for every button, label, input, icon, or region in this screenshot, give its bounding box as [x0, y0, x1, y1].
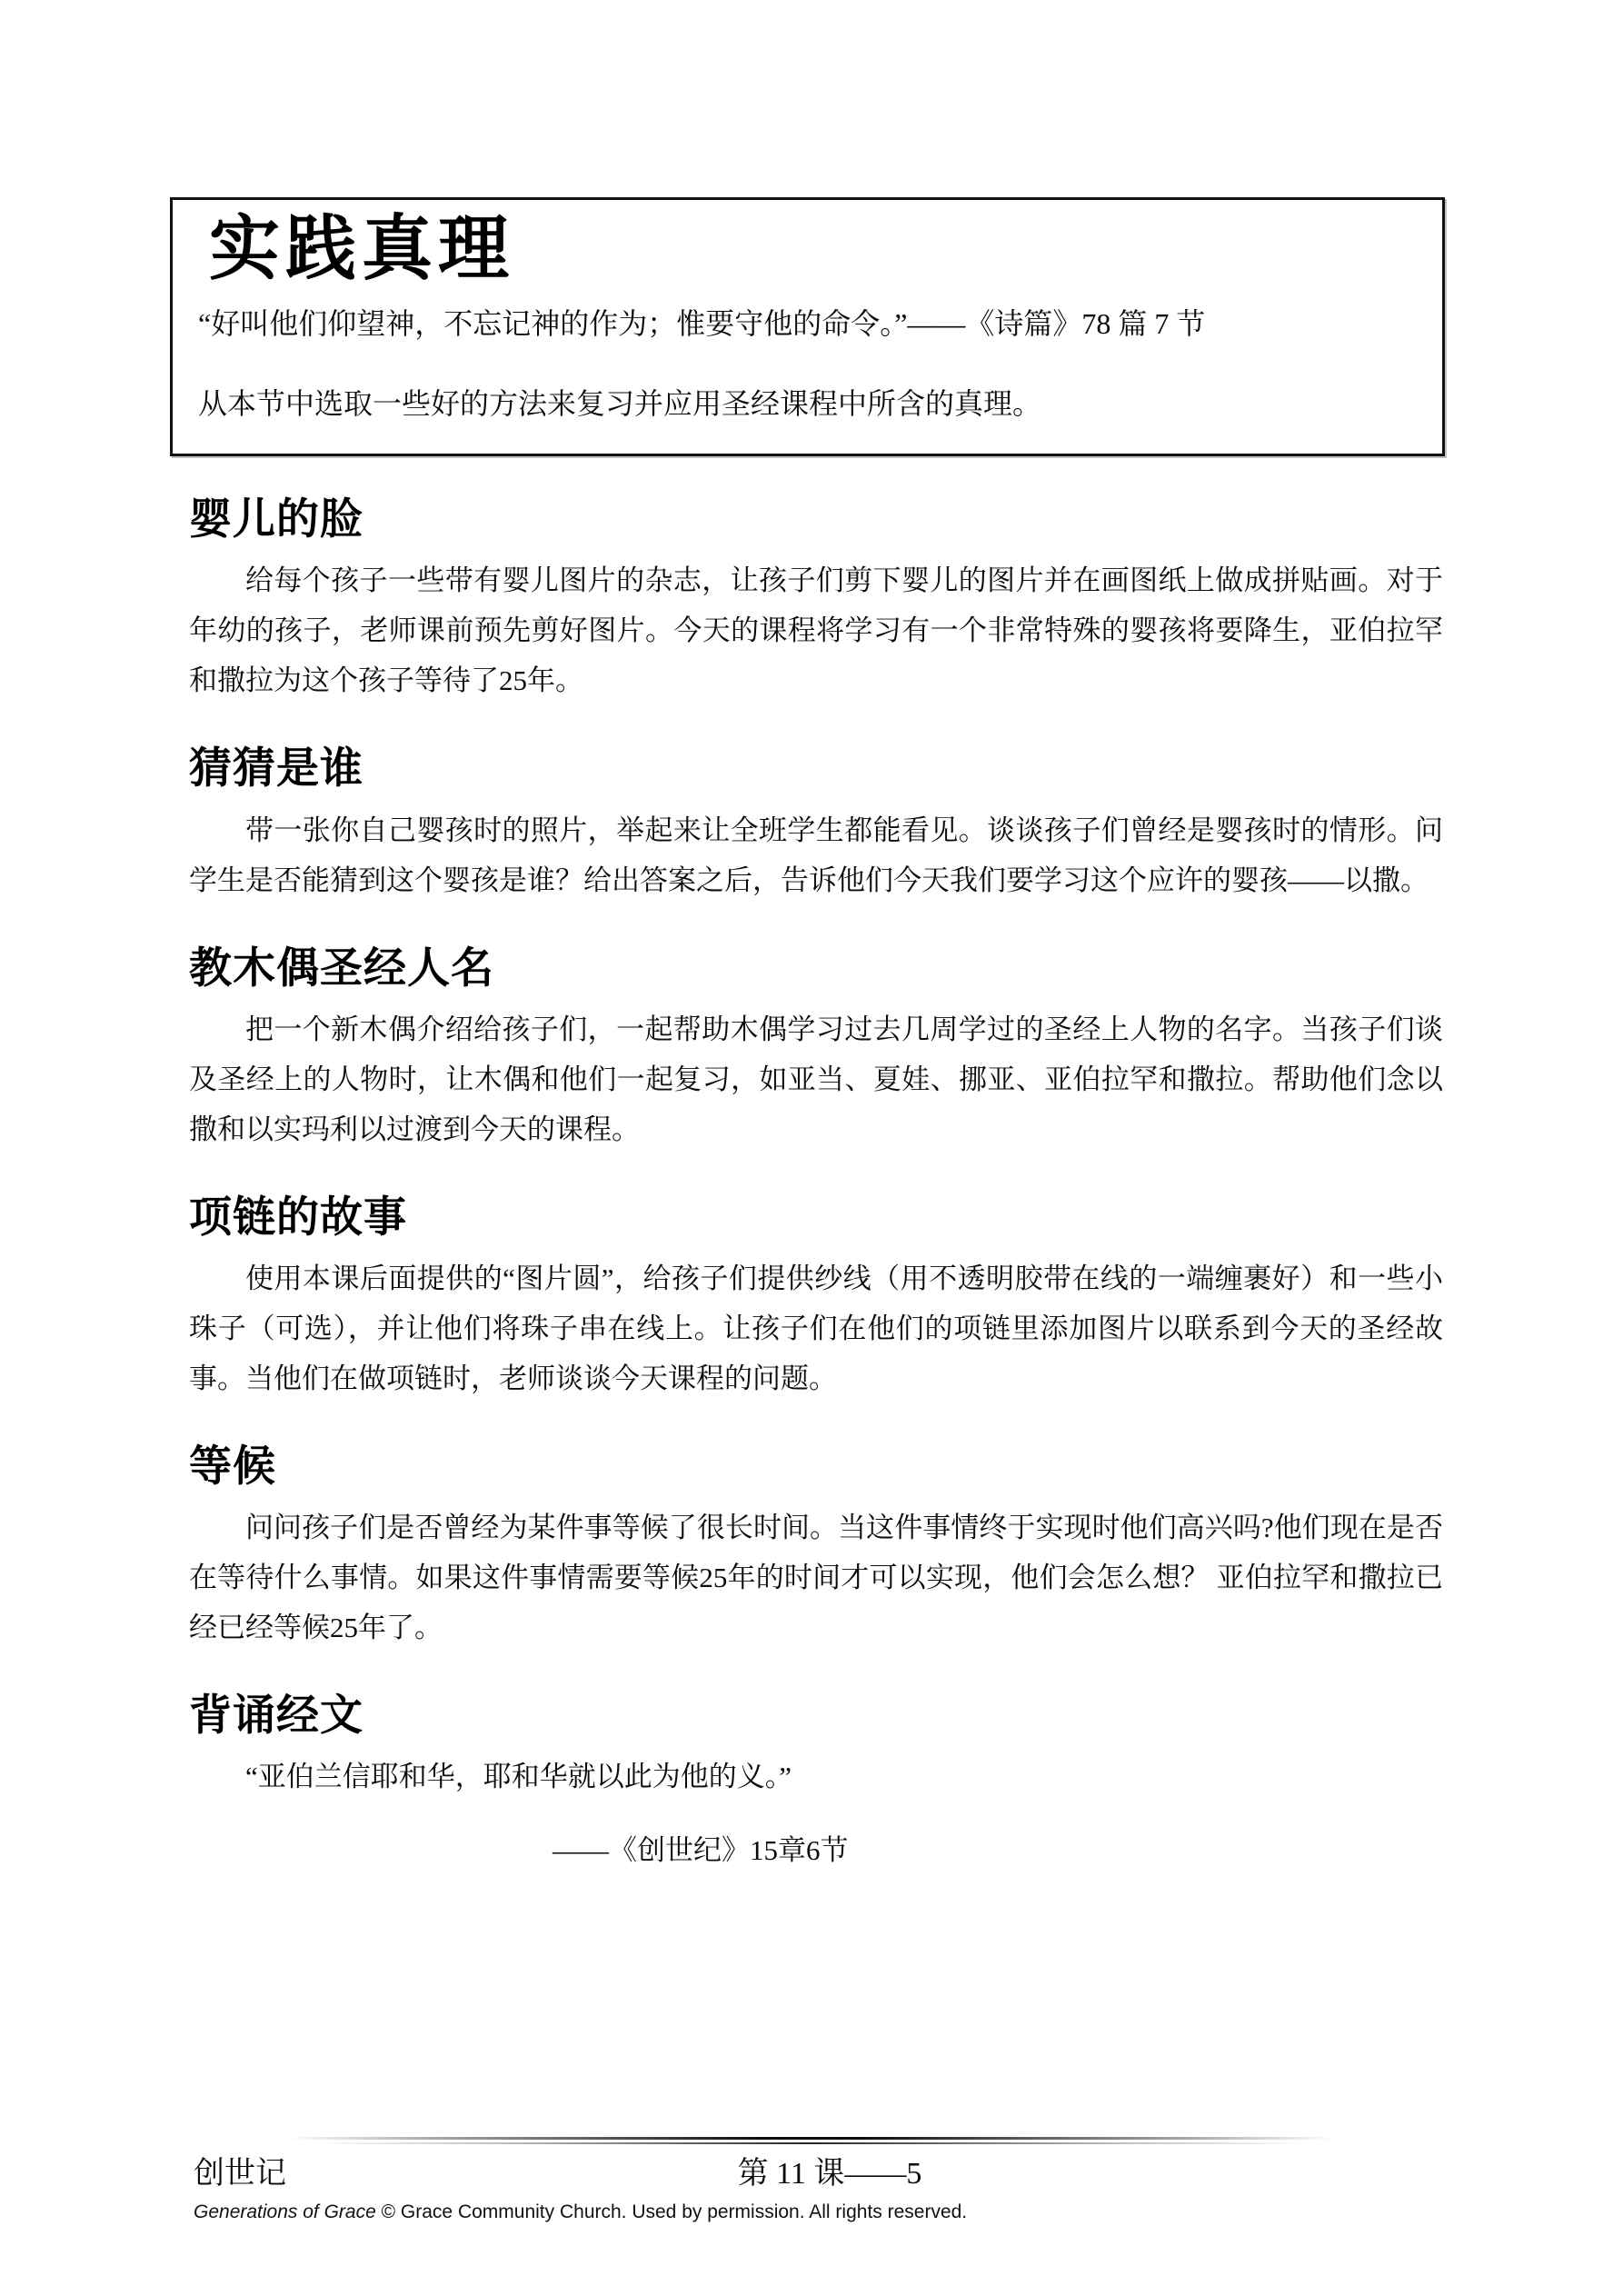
section-heading: 项链的故事 — [189, 1193, 1443, 1242]
page-footer: 创世记 第 11 课——5 Generations of Grace © Gra… — [0, 2135, 1623, 2223]
section-puppet-names: 教木偶圣经人名 把一个新木偶介绍给孩子们，一起帮助木偶学习过去几周学过的圣经上人… — [189, 943, 1443, 1154]
section-body: 带一张你自己婴孩时的照片，举起来让全班学生都能看见。谈谈孩子们曾经是婴孩时的情形… — [189, 805, 1443, 905]
footer-copyright: Generations of Grace © Grace Community C… — [194, 2201, 1623, 2223]
section-heading: 背诵经文 — [189, 1691, 1443, 1740]
practice-truth-box: 实践真理 “好叫他们仰望神，不忘记神的作为；惟要守他的命令。”——《诗篇》78 … — [170, 197, 1445, 456]
page-content: 实践真理 “好叫他们仰望神，不忘记神的作为；惟要守他的命令。”——《诗篇》78 … — [170, 197, 1445, 1875]
section-heading: 教木偶圣经人名 — [189, 943, 1443, 993]
section-necklace-story: 项链的故事 使用本课后面提供的“图片圆”，给孩子们提供纱线（用不透明胶带在线的一… — [189, 1193, 1443, 1403]
section-body: 问问孩子们是否曾经为某件事等候了很长时间。当这件事情终于实现时他们高兴吗?他们现… — [189, 1502, 1443, 1652]
footer-row: 创世记 第 11 课——5 — [0, 2154, 1623, 2194]
divider-line-bottom — [316, 2142, 1307, 2144]
copyright-series-name: Generations of Grace — [194, 2201, 376, 2222]
divider-line-top — [289, 2137, 1334, 2140]
section-heading: 等候 — [189, 1442, 1443, 1491]
footer-divider — [289, 2135, 1334, 2148]
section-guess-who: 猜猜是谁 带一张你自己婴孩时的照片，举起来让全班学生都能看见。谈谈孩子们曾经是婴… — [189, 744, 1443, 904]
section-waiting: 等候 问问孩子们是否曾经为某件事等候了很长时间。当这件事情终于实现时他们高兴吗?… — [189, 1442, 1443, 1652]
section-body: 使用本课后面提供的“图片圆”，给孩子们提供纱线（用不透明胶带在线的一端缠裹好）和… — [189, 1253, 1443, 1403]
section-heading: 婴儿的脸 — [189, 494, 1443, 544]
box-scripture-quote: “好叫他们仰望神，不忘记神的作为；惟要守他的命令。”——《诗篇》78 篇 7 节 — [198, 305, 1415, 344]
section-body: 给每个孩子一些带有婴儿图片的杂志，让孩子们剪下婴儿的图片并在画图纸上做成拼贴画。… — [189, 555, 1443, 705]
copyright-text: © Grace Community Church. Used by permis… — [376, 2201, 967, 2222]
box-instruction: 从本节中选取一些好的方法来复习并应用圣经课程中所含的真理。 — [198, 385, 1415, 424]
section-heading: 猜猜是谁 — [189, 744, 1443, 793]
section-memory-verse: 背诵经文 “亚伯兰信耶和华，耶和华就以此为他的义。” ——《创世纪》15章6节 — [189, 1691, 1443, 1875]
memory-verse-attribution: ——《创世纪》15章6节 — [553, 1825, 1443, 1875]
document-page: 实践真理 “好叫他们仰望神，不忘记神的作为；惟要守他的命令。”——《诗篇》78 … — [0, 0, 1623, 2296]
section-baby-faces: 婴儿的脸 给每个孩子一些带有婴儿图片的杂志，让孩子们剪下婴儿的图片并在画图纸上做… — [189, 494, 1443, 705]
box-title: 实践真理 — [209, 211, 1415, 287]
memory-verse-quote: “亚伯兰信耶和华，耶和华就以此为他的义。” — [189, 1752, 1443, 1802]
section-body: 把一个新木偶介绍给孩子们，一起帮助木偶学习过去几周学过的圣经上人物的名字。当孩子… — [189, 1004, 1443, 1154]
footer-book-title: 创世记 — [194, 2154, 286, 2194]
